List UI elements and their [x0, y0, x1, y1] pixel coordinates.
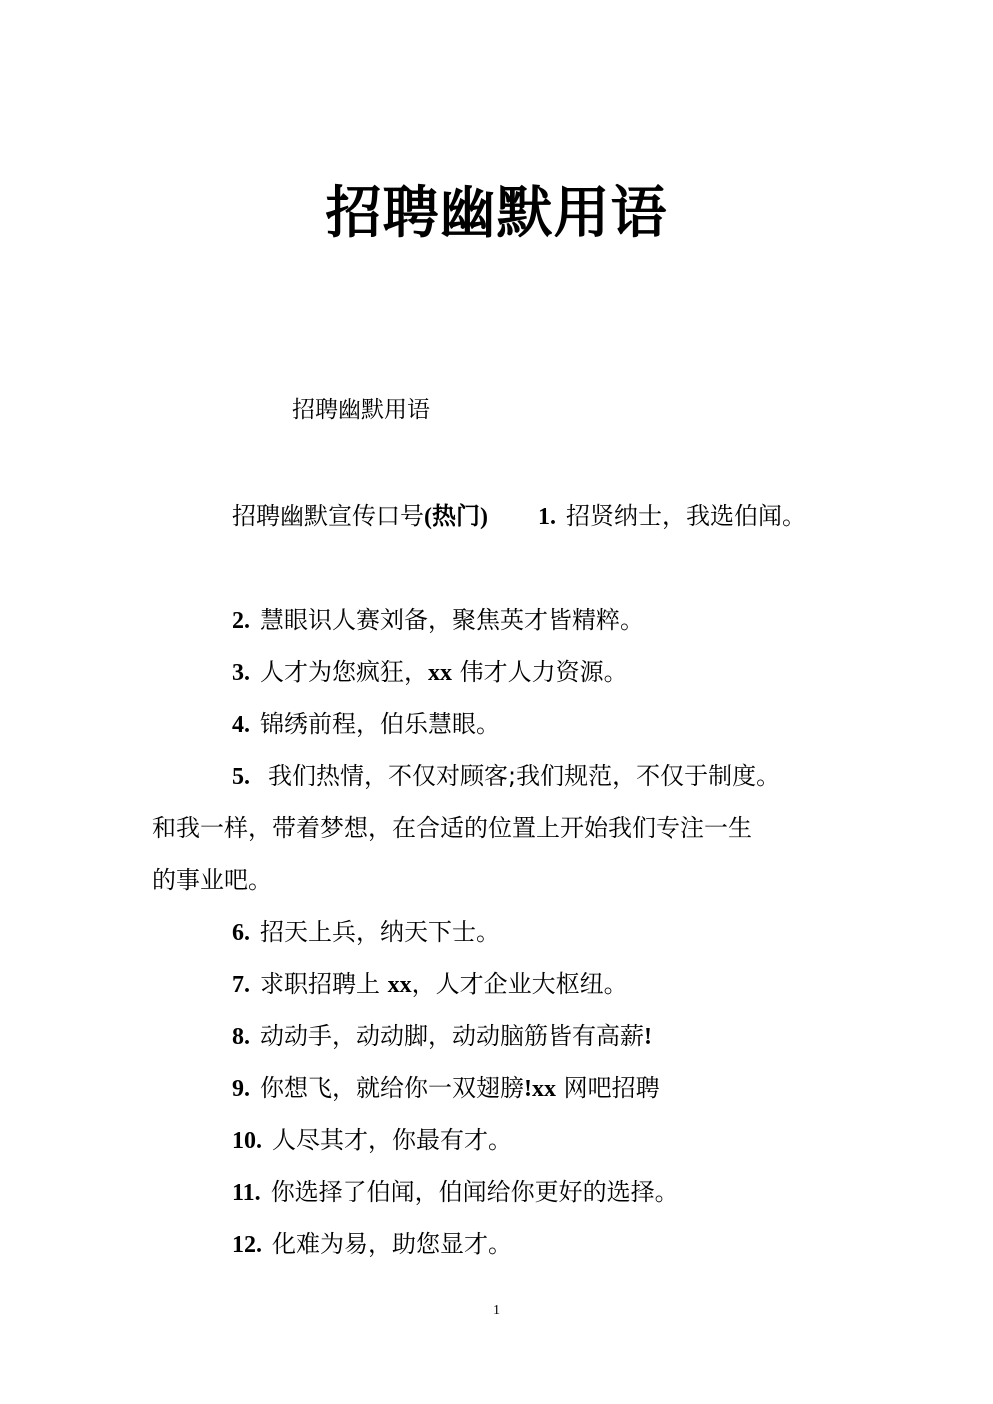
list-item-5-continuation: 的事业吧。	[152, 864, 272, 896]
item-text: 求职招聘上	[260, 970, 388, 998]
item-text: 网吧招聘	[556, 1074, 660, 1102]
page-number: 1	[0, 1302, 993, 1320]
item-number: 6.	[232, 920, 250, 946]
item-text: ，人才企业大枢纽。	[412, 970, 628, 998]
list-item-10: 10.人尽其才，你最有才。	[232, 1124, 512, 1157]
list-item-11: 11.你选择了伯闻，伯闻给你更好的选择。	[232, 1176, 679, 1209]
list-item-4: 4.锦绣前程，伯乐慧眼。	[232, 708, 500, 741]
item-number: 4.	[232, 712, 250, 738]
item-number: 2.	[232, 608, 250, 634]
item-text: 人尽其才，你最有才。	[272, 1126, 512, 1154]
document-title: 招聘幽默用语	[0, 176, 993, 252]
item-number: 8.	[232, 1024, 250, 1050]
item-number: 3.	[232, 660, 250, 686]
document-subtitle: 招聘幽默用语	[292, 394, 430, 426]
item-number: 12.	[232, 1232, 262, 1258]
item-text: 人才为您疯狂，	[260, 658, 428, 686]
item-latin: xx	[388, 972, 412, 998]
item-number: 11.	[232, 1180, 261, 1206]
item-number: 1.	[538, 504, 556, 530]
list-item-6: 6.招天上兵，纳天下士。	[232, 916, 500, 949]
item-number: 10.	[232, 1128, 262, 1154]
item-text: 招天上兵，纳天下士。	[260, 918, 500, 946]
item-text: 招贤纳士，我选伯闻。	[566, 502, 806, 530]
item-text: 伟才人力资源。	[452, 658, 628, 686]
section-heading-line: 招聘幽默宣传口号(热门)1.招贤纳士，我选伯闻。	[232, 500, 806, 533]
item-latin: xx	[428, 660, 452, 686]
item-text: 锦绣前程，伯乐慧眼。	[260, 710, 500, 738]
item-text: 你选择了伯闻，伯闻给你更好的选择。	[271, 1178, 679, 1206]
item-number: 7.	[232, 972, 250, 998]
list-item-7: 7.求职招聘上 xx，人才企业大枢纽。	[232, 968, 628, 1001]
list-item-2: 2.慧眼识人赛刘备，聚焦英才皆精粹。	[232, 604, 644, 637]
item-text: 你想飞，就给你一双翅膀	[260, 1074, 524, 1102]
list-item-5-continuation: 和我一样，带着梦想，在合适的位置上开始我们专注一生	[152, 812, 752, 844]
list-item-5: 5.我们热情，不仅对顾客;我们规范，不仅于制度。	[232, 760, 780, 793]
section-heading-paren: (热门)	[424, 504, 488, 530]
list-item-3: 3.人才为您疯狂，xx 伟才人力资源。	[232, 656, 628, 689]
list-item-12: 12.化难为易，助您显才。	[232, 1228, 512, 1261]
list-item-9: 9.你想飞，就给你一双翅膀!xx 网吧招聘	[232, 1072, 660, 1105]
section-heading-text: 招聘幽默宣传口号	[232, 502, 424, 530]
item-text: 化难为易，助您显才。	[272, 1230, 512, 1258]
item-latin: !xx	[524, 1076, 556, 1102]
item-text: 动动手，动动脚，动动脑筋皆有高薪	[260, 1022, 644, 1050]
item-text: 我们热情，不仅对顾客;我们规范，不仅于制度。	[268, 762, 780, 790]
list-item-1: 1.招贤纳士，我选伯闻。	[538, 502, 806, 530]
document-page: 招聘幽默用语 招聘幽默用语 招聘幽默宣传口号(热门)1.招贤纳士，我选伯闻。 2…	[0, 0, 993, 1404]
list-item-8: 8.动动手，动动脚，动动脑筋皆有高薪!	[232, 1020, 652, 1053]
item-number: 9.	[232, 1076, 250, 1102]
item-number: 5.	[232, 764, 250, 790]
item-text: 慧眼识人赛刘备，聚焦英才皆精粹。	[260, 606, 644, 634]
item-latin: !	[644, 1024, 652, 1050]
